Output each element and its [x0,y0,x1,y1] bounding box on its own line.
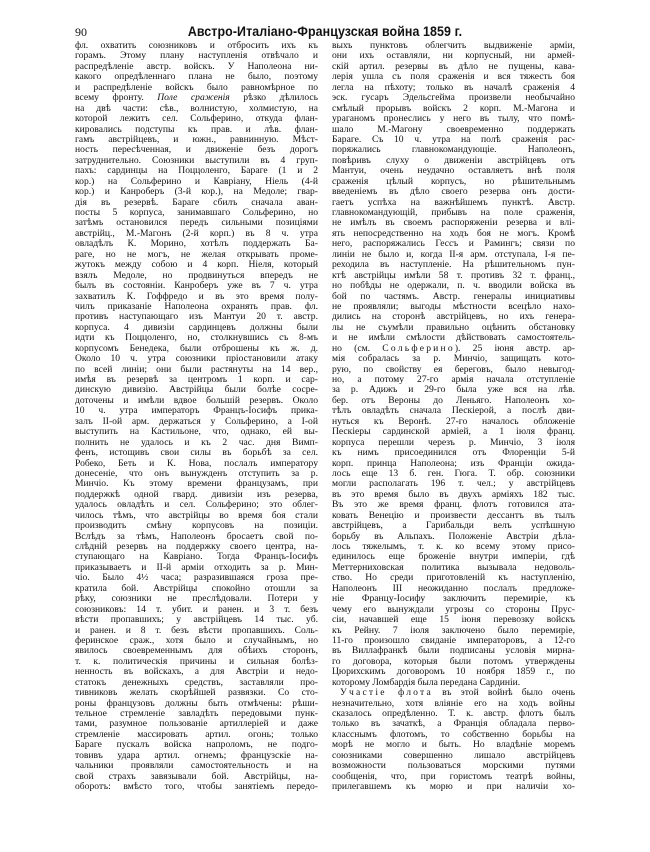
text-line: кратила бой. Австрійцы спокойно отошли з… [75,584,318,594]
text-line: гамъ австрійцевъ, и южн., равнинную. Мѣс… [75,135,318,145]
text-line: корп. принца Наполеона; изъ Франціи ожид… [332,459,575,469]
text-line: къ Рейну. 7 іюля заключено было перемирі… [332,626,575,636]
text-line: ступающаго на Кавріано. Тогда Францъ-Іос… [75,552,318,562]
text-line: союзниками совершенно лишало австрійцевъ [332,751,575,761]
text-line: оборотъ: вмѣсто того, чтобы занятіемъ пе… [75,782,318,792]
text-line: стремленіе массировать артил. огонь; тол… [75,730,318,740]
text-line: жутокъ между собою и 4 корп. Ніеля, кото… [75,260,318,270]
text-line: доточены и имѣли вдвое большій резервъ. … [75,396,318,406]
text-line: за р. Адижъ и 29-го была уже вся на лѣв. [332,385,575,395]
text-line: лось еще 13 б. ген. Гюга. Т. обр. союзни… [332,469,575,479]
text-line: корпусомъ Бенедека, были отброшены къ ж.… [75,344,318,354]
text-line: могли располагать 196 т. чел.; у австрій… [332,479,575,489]
text-line: всему фронту. Поле сраженія рѣзко дѣлило… [75,93,318,103]
text-line: линіи не было и, когда II-я арм. отступа… [332,250,575,260]
text-line: не имѣлъ въ своемъ распоряженіи резерва … [332,218,575,228]
text-line: они ихъ оставляли, ни корпусный, ни арме… [332,51,575,61]
text-line: выступить на Кастильоне, что, однако, ей… [75,427,318,437]
text-line: товивъ удара артил. огнемъ; французскіе … [75,751,318,761]
text-line: Цюрихскимъ договоромъ 10 ноября 1859 г.,… [332,667,575,677]
text-line: по всей линіи; они были растянуты на 14 … [75,365,318,375]
text-line: роны французовъ должны быть отмѣчены: рѣ… [75,699,318,709]
text-line: чилось тѣмъ, что австрійцы во время боя … [75,511,318,521]
text-line: феринское сраж., хотя было и случайнымъ,… [75,636,318,646]
text-line: залъ II-ой арм. держаться у Сольферино, … [75,417,318,427]
text-line: тѣлъ овладѣть сначала Пескіерой, а послѣ… [332,406,575,416]
text-line: удалось овладѣть и сел. Сольферино; это … [75,500,318,510]
text-line: рую, по свойству ея береговъ, было невыг… [332,365,575,375]
text-line: Около 10 ч. утра союзники пріостановили … [75,354,318,364]
text-line: повѣривъ слуху о движеніи австрійцевъ от… [332,156,575,166]
text-line: Бараге. Съ 10 ч. утра на полѣ сраженія р… [332,135,575,145]
text-line: и не имѣли смѣлости дѣйствовать самостоя… [332,333,575,343]
text-line: поряжались главнокомандующіе. Наполеонъ, [332,145,575,155]
text-line: введеніемъ въ дѣло своего резерва онъ до… [332,187,575,197]
text-line: былъ въ состояніи. Канроберъ уже въ 7 ч.… [75,281,318,291]
text-line: но побѣды не одержали, п. ч. вводили вой… [332,281,575,291]
text-line: имѣя въ резервѣ за центромъ 1 корп. и са… [75,375,318,385]
text-line: поддержкѣ одной гвард. дивизіи изъ резер… [75,490,318,500]
text-line: легла на пѣхоту; только въ началѣ сражен… [332,83,575,93]
text-line: 10 ч. утра императоръ Францъ-Іосифъ прик… [75,406,318,416]
text-line: затѣмъ остановился передъ сильными позиц… [75,218,318,228]
text-line: и ранен. и 8 т. безъ вѣсти пропавшихъ. С… [75,626,318,636]
text-line: Въ это же время франц. флотъ готовился а… [332,500,575,510]
text-line: которому Ломбардія была передана Сардині… [332,678,575,688]
text-line: въ Виллафранкѣ были подписаны условія ми… [332,646,575,656]
text-line: кировались подступы къ прав. и лѣв. флан… [75,125,318,135]
text-line: слѣдній резервъ на поддержку своего цент… [75,542,318,552]
text-line: распредѣленіе австр. войскъ. У Наполеона… [75,62,318,72]
text-line: къ нимъ присоединился отъ Флоренціи 5-й [332,448,575,458]
text-line: пахъ: сардинцы на Поццоленго, Бараге (1 … [75,166,318,176]
text-line: Бараге пускалъ войска напроломъ, не подг… [75,740,318,750]
text-line: скій артил. резервы въ дѣло не пущены, к… [332,62,575,72]
italic-term: Поле сраженія [157,93,229,103]
text-line: борьбу въ Альпахъ. Положеніе Австріи дѣл… [332,532,575,542]
text-line: незначительно, хотя вліяніе его на ходъ … [332,699,575,709]
text-line: австрійцевъ, а Гарибальди велъ успѣшную [332,521,575,531]
text-line: рѣку, союзники не преслѣдовали. Потери у [75,594,318,604]
text-line: бой по частямъ. Австр. генералы инициати… [332,292,575,302]
text-line: дились на сторонѣ австрійцевъ, но ихъ ге… [332,312,575,322]
text-line: него, распоряжались Гессъ и Рамингъ; свя… [332,239,575,249]
text-line: кор.) и Канроберъ (3-й кор.), на Медоле;… [75,187,318,197]
text-line: тами, разумное пользованіе артиллеріей и… [75,719,318,729]
text-line: чіо. Было 4½ часа; разразившаяся гроза п… [75,573,318,583]
text-line: на двѣ части: сѣв., волнистую, холмистую… [75,104,318,114]
text-line: главнокомандующій, прибывъ на поле сраже… [332,208,575,218]
text-line: го договора, которыя были потомъ утвержд… [332,657,575,667]
text-line: но, а потому 27-го армія начала отступле… [332,375,575,385]
text-line: возможности пользоваться морскими путями [332,761,575,771]
text-line: полнить не удалось и къ 2 час. дня Вимп- [75,438,318,448]
text-line: Робеко, Беть и К. Нова, послалъ императо… [75,459,318,469]
text-line: посты 5 корпуса, занимавшаго Сольферино,… [75,208,318,218]
text-line: нуться къ Веронѣ. 27-го началось обложен… [332,417,575,427]
text-line: корпуса. 4 дивизіи сардинцевъ должны был… [75,323,318,333]
text-line: эск. гусаръ Эдельсгейма произвели необыч… [332,93,575,103]
text-line: донесеніе, что онъ вынужденъ отступить з… [75,469,318,479]
text-line: Пескіеры сардинской арміей, а 1 іюля фра… [332,427,575,437]
cross-reference: Сольферино [382,344,455,354]
text-line: и распредѣленіе войскъ было равномѣрное … [75,83,318,93]
text-line: которой лежитъ сел. Сольферино, откуда ф… [75,114,318,124]
text-line: тельное стремленіе завладѣть передовыми … [75,709,318,719]
text-line: но (см. Сольферино). 25 іюня австр. ар- [332,344,575,354]
text-line: лы не съумѣли правильно оцѣнить обстанов… [332,323,575,333]
text-line: ство. Но среди приготовленій къ наступле… [332,573,575,583]
text-line: Вслѣдъ за тѣмъ, Наполеонъ бросаетъ свой … [75,532,318,542]
running-title: Австро-Италіано-Французская война 1859 г… [26,24,624,39]
text-line: раге, но не могъ, не желая открывать про… [75,250,318,260]
text-line: статокъ денежныхъ средствъ, заставляли п… [75,678,318,688]
text-line: т. к. политическія причины и сильная бол… [75,657,318,667]
text-line: чему его вынуждали угрозы со стороны Пру… [332,605,575,615]
text-line: ковать Венецію и произвести дессантъ въ … [332,511,575,521]
text-line: противъ наступающаго изъ Мантуи 20 т. ав… [75,312,318,322]
text-line: вѣсти пропавшихъ; у австрійцевъ 14 тыс. … [75,615,318,625]
text-line: явилось своевременнымъ для обѣихъ сторон… [75,646,318,656]
text-line: свой страхъ завязывали бой. Австрійцы, н… [75,772,318,782]
text-line: чальники проявляли самостоятельность и н… [75,761,318,771]
text-line: кор.) на Сольферино и Каврiану, Ніель (4… [75,177,318,187]
text-line: австрійц., М.-Магонъ (2-й корп.) въ 8 ч.… [75,229,318,239]
text-line: сіи, начавшей еще 15 іюня перевозку войс… [332,615,575,625]
text-line: корпуса перешли черезъ р. Минчіо, 3 іюля [332,438,575,448]
text-line: ураганомъ пронеслись у него въ тылу, что… [332,114,575,124]
text-line: Мантуи, очень неудачно оставляетъ внѣ по… [332,166,575,176]
text-line: овладѣлъ К. Морино, хотѣлъ поддержать Ба… [75,239,318,249]
text-line: союзниковъ: 14 т. убит. и ранен. и 3 т. … [75,605,318,615]
text-line: прилегавшемъ къ морю и при наличіи хо- [332,782,575,792]
text-line: сказалось опредѣленно. Т. к. австр. флот… [332,709,575,719]
text-line: ненность въ войскахъ, а для Австріи и не… [75,667,318,677]
text-line: фенъ, истощивъ свои силы въ борьбѣ за се… [75,448,318,458]
text-line: Наполеонъ III неожиданно послалъ предлож… [332,584,575,594]
text-line: не проявляли; выгоды мѣстности всецѣло н… [332,302,575,312]
text-line: идти къ Поццоленго, но, столкнувшись съ … [75,333,318,343]
text-line: фл. охватить союзниковъ и отбросить ихъ … [75,41,318,51]
text-column-right: выхъ пунктовъ облегчить выдвиженіе арміи… [332,41,575,793]
text-line: дія въ резервѣ. Бараге сбилъ сначала ава… [75,198,318,208]
text-line: ктѣ австрійцы имѣли 58 т. противъ 32 т. … [332,271,575,281]
text-line: Участіе флота въ этой войнѣ было очень [332,688,575,698]
text-line: морѣ не могло и быть. Но владѣніе моремъ [332,740,575,750]
text-line: сраженія цѣлый корпусъ, но рѣшительнымъ [332,177,575,187]
text-line: смѣлый прорывъ войскъ 2 корп. М.-Магона … [332,104,575,114]
text-line: ніе Францу-Іосифу заключить перемиріе, к… [332,594,575,604]
text-line: затруднительно. Союзники выступили въ 4 … [75,156,318,166]
text-line: только въ зачаткѣ, а Франція обладала пе… [332,719,575,729]
text-line: чилъ приказаніе Наполеона охранять прав.… [75,302,318,312]
text-line: реходила въ наступленіе. На рѣшительномъ… [332,260,575,270]
text-column-left: фл. охватить союзниковъ и отбросить ихъ … [75,41,318,793]
text-line: производить смѣну корпусовъ на позиціи. [75,521,318,531]
text-line: лерія ушла съ поля сраженія и вся тяжест… [332,72,575,82]
text-line: ность пересѣченная, и движеніе безъ доро… [75,145,318,155]
text-line: тивниковъ желать скорѣйшей развязки. Со … [75,688,318,698]
text-line: ять непосредственно на ходъ боя не могъ.… [332,229,575,239]
text-line: 11-го произошло свиданіе императоровъ, а… [332,636,575,646]
text-line: гаетъ успѣха на важнѣйшемъ пунктѣ. Австр… [332,198,575,208]
text-line: лось тяжелымъ, т. к. ко всему этому прис… [332,542,575,552]
text-line: бер. отъ Вероны до Леньяго. Наполеонъ хо… [332,396,575,406]
text-line: Меттерниховская политика вызывала недово… [332,563,575,573]
text-line: единилось еще броженіе внутри имперіи, г… [332,552,575,562]
text-line: шало М.-Магону своевременно поддержать [332,125,575,135]
text-line: Минчіо. Къ этому времени французамъ, при [75,479,318,489]
text-line: мія собралась за р. Минчіо, защищать кот… [332,354,575,364]
text-line: выхъ пунктовъ облегчить выдвиженіе арміи… [332,41,575,51]
text-line: въ это время было въ двухъ арміяхъ 182 т… [332,490,575,500]
text-line: захватилъ К. Гоффредо и въ это время пол… [75,292,318,302]
text-line: взялъ Медоле, но продвинуться впередъ не [75,271,318,281]
section-lead: Участіе флота [340,688,433,698]
text-line: сообщенія, что, при гористомъ театрѣ вой… [332,772,575,782]
text-line: класснымъ флотомъ, то собственно борьбы … [332,730,575,740]
text-line: приказываетъ и II-й арміи отходить за р.… [75,563,318,573]
text-line: динскую дивизію. Австрійцы были болѣе со… [75,385,318,395]
text-line: какого опредѣленнаго плана не было, поэт… [75,72,318,82]
text-line: горамъ. Этому плану наступленія отвѣчало… [75,51,318,61]
